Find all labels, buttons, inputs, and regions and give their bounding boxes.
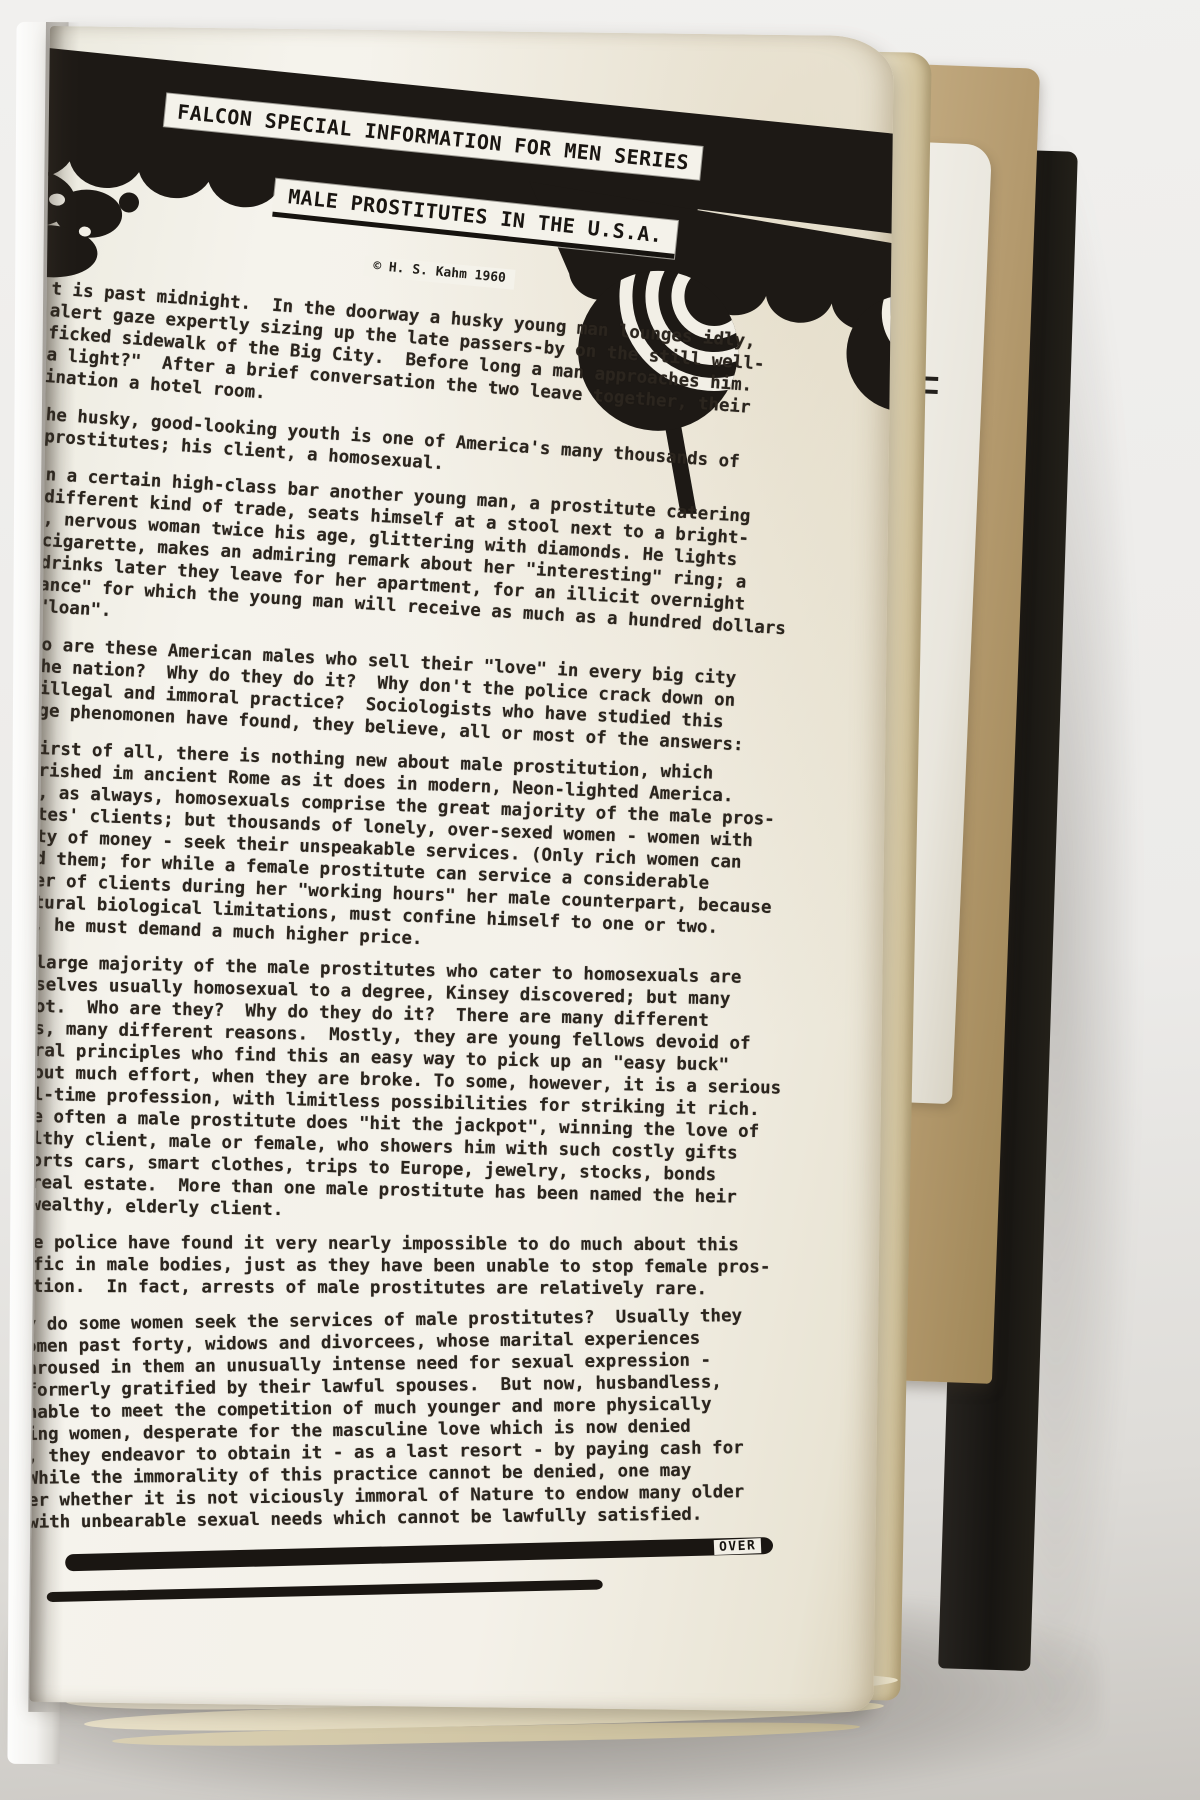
text-line: tion. In fact, arrests of male prostitut… <box>33 1276 877 1301</box>
text-line: fic in male bodies, just as they have be… <box>33 1254 877 1279</box>
paragraph: irst of all, there is nothing new about … <box>32 738 885 967</box>
book-page: FALCON SPECIAL INFORMATION FOR MEN SERIE… <box>30 26 894 1712</box>
over-label: OVER <box>713 1538 761 1555</box>
text-line: e police have found it very nearly impos… <box>33 1232 877 1257</box>
body-text: t is past midnight. In the doorway a hus… <box>37 278 888 1560</box>
photo-background: FALCON SPECIAL INFORMATION FOR MEN SERIE… <box>0 0 1200 1800</box>
paragraph: large majority of the male prostitutes w… <box>30 952 881 1234</box>
bottom-rule-2 <box>47 1579 603 1602</box>
paragraph: e police have found it very nearly impos… <box>33 1232 877 1301</box>
paragraph: y do some women seek the services of mal… <box>30 1303 877 1533</box>
